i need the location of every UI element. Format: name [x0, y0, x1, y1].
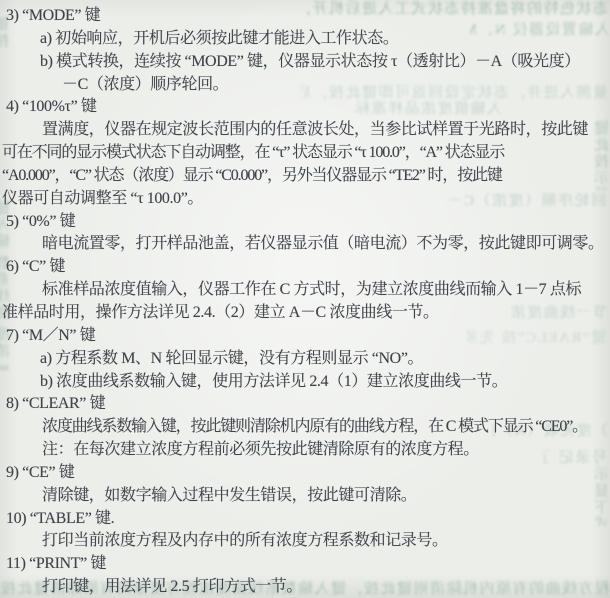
manual-line-item-4-body: “A0.000”，“C” 状态（浓度）显示 “C0.000”，另外当仪器显示 “… — [0, 165, 610, 188]
manual-line-item-6-body-cont: 准样品时用，操作方法详见 2.4.（2）建立 A－C 浓度曲线一节。 — [0, 302, 610, 325]
manual-line-item-7b: b) 浓度曲线系数输入键，使用方法详见 2.4（1）建立浓度曲线一节。 — [0, 371, 610, 394]
manual-line-item-11-heading: 11) “PRINT” 键 — [0, 553, 610, 576]
manual-line-item-5-body: 暗电流置零，打开样品池盖，若仪器显示值（暗电流）不为零，按此键即可调零。 — [0, 233, 610, 256]
manual-line-item-4-body: 置满度，仪器在规定波长范围内的任意波长处，当参比试样置于光路时，按此键 — [0, 119, 610, 142]
manual-line-item-8-note: 注：在每次建立浓度方程前必须先按此键清除原有的浓度方程。 — [0, 439, 610, 462]
manual-line-item-9-heading: 9) “CE” 键 — [0, 462, 610, 485]
manual-line-item-8-body: 浓度曲线系数输入键，按此键则清除机内原有的曲线方程，在 C 模式下显示 “CE0… — [0, 416, 610, 439]
manual-line-item-10-body: 打印当前浓度方程及内存中的所有浓度方程系数和记录号。 — [0, 530, 610, 553]
manual-line-item-6-heading: 6) “C” 键 — [0, 256, 610, 279]
manual-line-item-4-body: 可在不同的显示模式状态下自动调整，在 “τ” 状态显示 “τ 100.0”，“A… — [0, 142, 610, 165]
manual-line-item-7-heading: 7) “M／N” 键 — [0, 325, 610, 348]
manual-line-item-7a: a) 方程系数 M、N 轮回显示键，没有方程则显示 “NO”。 — [0, 348, 610, 371]
manual-line-item-3a: a) 初始响应，开机后必须按此键才能进入工作状态。 — [0, 28, 610, 51]
manual-line-item-11-body: 打印键，用法详见 2.5 打印方式一节。 — [0, 576, 610, 598]
scanned-manual-page: { "page": { "background": "#eceeea", "te… — [0, 0, 610, 598]
manual-line-item-10-heading: 10) “TABLE” 键. — [0, 508, 610, 531]
manual-line-item-4-heading: 4) “100%τ” 键 — [0, 96, 610, 119]
manual-line-item-5-heading: 5) “0%” 键 — [0, 211, 610, 234]
manual-text-block: 3) “MODE” 键 a) 初始响应，开机后必须按此键才能进入工作状态。 b)… — [0, 5, 610, 598]
manual-line-item-3-heading: 3) “MODE” 键 — [0, 5, 610, 28]
manual-line-item-3b: b) 模式转换，连续按 “MODE” 键，仪器显示状态按 τ（透射比）－A（吸光… — [0, 51, 610, 74]
manual-line-item-8-heading: 8) “CLEAR” 键 — [0, 393, 610, 416]
manual-line-item-6-body: 标准样品浓度值输入，仪器工作在 C 方式时，为建立浓度曲线而输入 1－7 点标 — [0, 279, 610, 302]
manual-line-item-3b-cont: －C（浓度）顺序轮回。 — [0, 74, 610, 97]
manual-line-item-9-body: 清除键，如数字输入过程中发生错误，按此键可清除。 — [0, 485, 610, 508]
manual-line-item-4-body: 仪器可自动调整至 “τ 100.0”。 — [0, 188, 610, 211]
